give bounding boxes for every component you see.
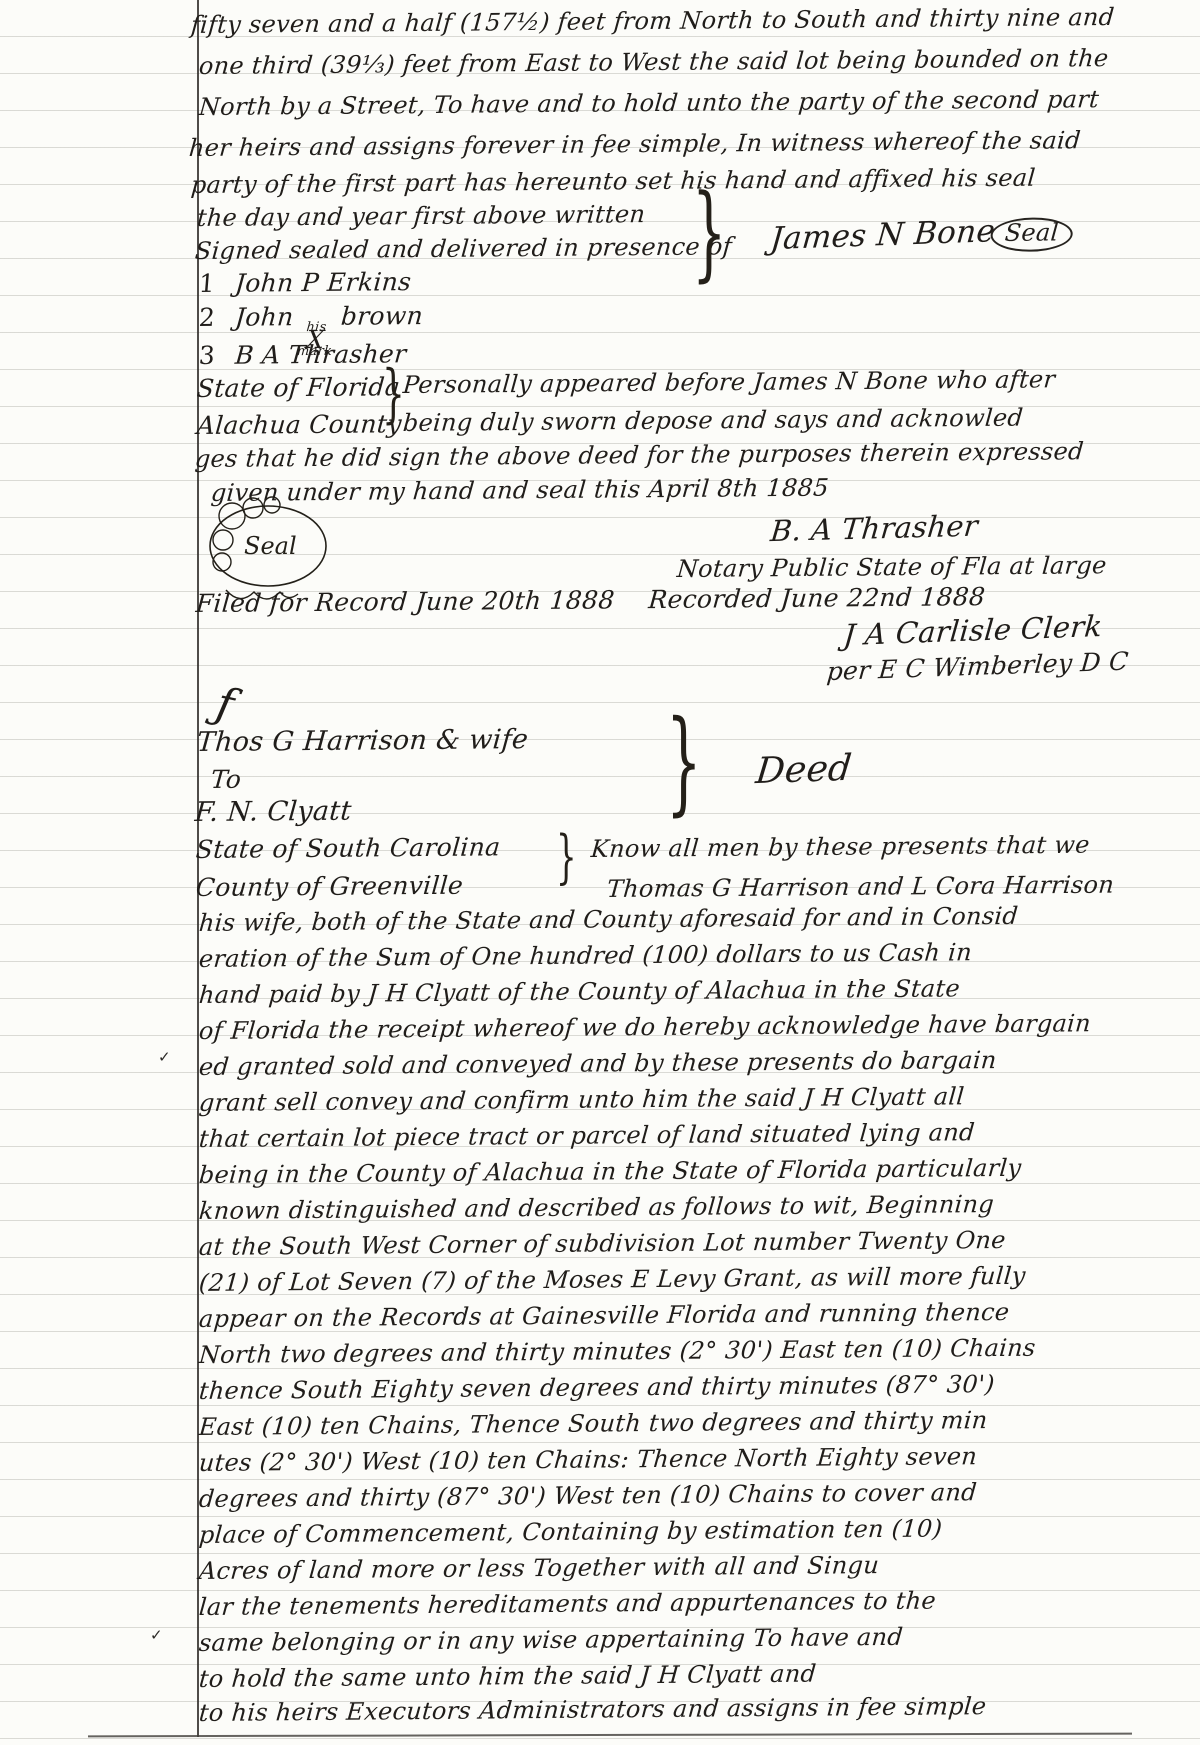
margin-check-mark: ✓ <box>158 1048 171 1066</box>
ack-text-line: being duly sworn depose and says and ack… <box>402 405 1024 437</box>
recorded-note: Recorded June 22nd 1888 <box>647 582 986 614</box>
witness-number: 1 <box>198 270 216 298</box>
filed-for-record: Filed for Record June 20th 1888 <box>195 585 616 618</box>
caption-grantor: Thos G Harrison & wife <box>196 725 530 758</box>
ack-text-line: Personally appeared before James N Bone … <box>402 366 1056 398</box>
witness-row: 3B A Thrasher <box>198 340 408 369</box>
deed2-body-line: lar the tenements hereditaments and appu… <box>198 1588 937 1621</box>
seal-oval: Seal <box>989 217 1074 252</box>
deed1-body-line: the day and year first above written <box>196 201 646 231</box>
grantor-signature: James N Bone <box>769 214 997 256</box>
venue-state: State of South Carolina <box>195 833 502 863</box>
deed2-body-line: place of Commencement, Containing by est… <box>198 1516 943 1549</box>
deed2-opening-line: Thomas G Harrison and L Cora Harrison <box>606 872 1115 903</box>
deed2-body-line: to hold the same unto him the said J H C… <box>198 1661 817 1693</box>
attestation-brace: } <box>692 182 726 285</box>
venue-brace: } <box>556 830 577 888</box>
document-type-label: Deed <box>754 749 854 792</box>
deed2-body-line: same belonging or in any wise appertaini… <box>198 1624 904 1657</box>
ack-venue-state: State of Florida <box>196 373 401 402</box>
witness-name-part: brown <box>340 301 424 331</box>
scanned-deed-book-page: fifty seven and a half (157½) feet from … <box>0 0 1200 1745</box>
caption-brace: } <box>666 708 702 820</box>
deed2-body-line: Acres of land more or less Together with… <box>198 1552 880 1584</box>
witness-name-part: John <box>234 302 295 332</box>
deed2-opening-line: Know all men by these presents that we <box>590 832 1091 863</box>
caption-grantee: F. N. Clyatt <box>194 797 353 828</box>
margin-check-mark: ✓ <box>150 1626 163 1644</box>
caption-to: To <box>210 766 243 794</box>
witness-number: 3 <box>198 342 216 370</box>
notary-seal-label: Seal <box>244 532 297 560</box>
attestation-clause: Signed sealed and delivered in presence … <box>194 233 733 264</box>
witness-number: 2 <box>198 304 216 332</box>
seal-annotation: Seal <box>989 217 1074 252</box>
ack-venue-county: Alachua County <box>196 410 403 439</box>
venue-county: County of Greenville <box>195 872 464 902</box>
witness-row: 1John P Erkins <box>198 268 413 297</box>
witness-name: John P Erkins <box>234 267 412 298</box>
notary-signature: B. A Thrasher <box>769 511 980 548</box>
notary-title: Notary Public State of Fla at large <box>676 552 1108 582</box>
